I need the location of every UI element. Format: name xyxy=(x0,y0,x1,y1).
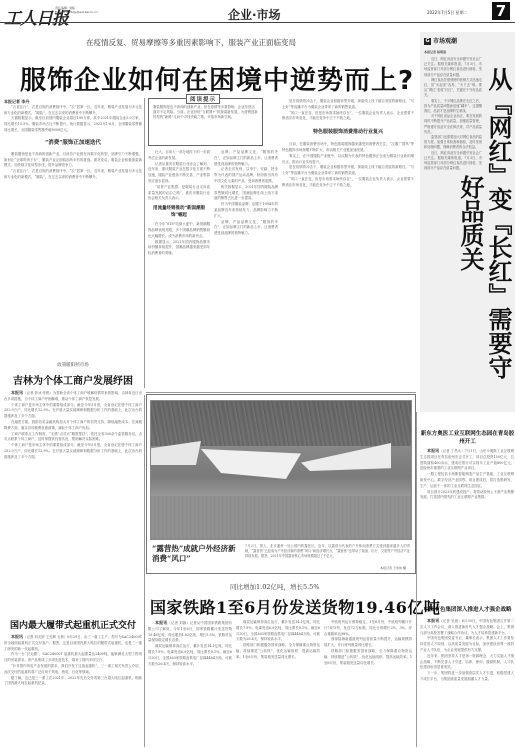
camping-photo[interactable] xyxy=(150,400,412,540)
reading-tips-text: 服装服饰是也不高尚的创新产业，但在疫情等多重影响，企业经营活面对不定风险。当前，… xyxy=(153,105,258,120)
paragraph: 铁路部门积极服务国家战略，全力保障重点物资运输，持续推进“公转铁”，优化运输组织… xyxy=(236,643,320,660)
paragraph: 数据显示，2021年国内服饰品牌市场份额持续提升，国潮品牌越来越受到年轻消费者的… xyxy=(148,240,210,257)
jilin-story-kicker: 政策暖阳照市场 xyxy=(4,362,142,368)
jilin-byline: 本报讯 xyxy=(11,390,23,395)
photo-caption-text: 7月2日，国人，北京通州一处公园内的露营区。近年，以露营为代表的户外休闲消费方式… xyxy=(245,544,410,559)
paragraph: “衣食住行”，衣是百姓的消费排序中，“衣”居第一位。近年来，服装产业发展为多元化… xyxy=(4,169,142,181)
crane-byline: 本报讯 xyxy=(11,634,23,639)
paragraph: 近年来，集团坚持人才是第一资源理念，大力实施人才强企战略，不断完善人才引进、培养… xyxy=(420,654,514,671)
column-divider xyxy=(144,395,145,747)
paragraph: 品牌，产品品牌文化，“服饰的外在”，正如品牌主打的新品上市，让消费者感受到品牌的… xyxy=(214,220,278,237)
railway-story-column-2: 煤炭运输保持高位运行，累计发送14.1亿吨，同比增长7.9%；电煤发送6.9亿吨… xyxy=(236,620,320,746)
main-story-subhead-3: 特色服装服饰消费推动行业复兴 xyxy=(282,128,414,136)
railway-story-headline[interactable]: 国家铁路1至6月份发送货物19.46亿吨 xyxy=(150,595,440,618)
market-watch-label-text: 市场观潮 xyxy=(433,38,457,45)
paragraph-text: （记者 彭冰 张锐）为帮助全省个体工商户缓解疫情带来的影响，吉林省近日出台多项措… xyxy=(4,391,142,401)
paragraph: 监管部门也需要加大对网红食品的监管力度，加强日常检查和抽检，及时发现和处理问题，… xyxy=(424,135,482,151)
railway-byline: 本报讯 xyxy=(155,620,167,625)
paragraph: 本报讯（记者 刘友婷 王光辉 石桥）6月29日，由三一重工生产，型号为SAC24… xyxy=(4,634,142,652)
paragraph: 记者走访发现，以李宁、安踏、特步等为代表的国产运动品牌，纷纷推出具有中国文化元素… xyxy=(214,167,278,184)
paragraph: 个体工商户是市场主体中的重要组成部分。截至今年5月底，全省登记在册个体工商户25… xyxy=(4,443,142,460)
main-story-subhead-1: “消费”服饰正加速迭代 xyxy=(4,138,142,148)
paragraph: 本报讯（记者 丁昌永）7月1日，山东卡奥斯工业互联网生态园项目在青岛胶州市正式开… xyxy=(420,448,514,472)
paragraph: 中欧班列运行保持稳定，1至6月份，中欧班列累计开行7473列，发送72万标箱，同… xyxy=(324,620,412,637)
paragraph: 在融资方面，鼓励各类金融机构加大对个体工商户的信贷支持，降低融资成本；在减税降费… xyxy=(4,420,142,432)
reading-tips-box: 服装服饰是也不高尚的创新产业，但在疫情等多重影响，企业经营活面对不定风险。当前，… xyxy=(148,98,263,146)
page-number: 7 xyxy=(492,2,510,20)
paragraph: 近日，网红食品安全问题引发社会广泛关注。据相关媒体报道，7月3日，市场监管部门对… xyxy=(424,151,482,172)
paragraph: 西部陆海新通道班列运营质量不断提升，运输规模持续扩大，开行班列数量同比增长。 xyxy=(324,637,412,649)
paragraph: 项目预计2023年底建成投产，将带动胶州上下游产业集聚发展，打造国内领先的工业互… xyxy=(420,490,514,502)
paragraph: 是在疫情的冲击下，服装企业积极转型升级，探索线上线下融合发展的新路径。“马上好”… xyxy=(282,99,414,111)
email-line: E-mail: grrbqy@workercn.cn xyxy=(55,10,115,14)
paragraph: 煤炭运输保持高位运行，累计发送14.1亿吨，同比增长7.9%；电煤发送6.9亿吨… xyxy=(148,644,232,667)
paragraph: 记者从重庆市服装行业协会了解到，近年来，重庆服装产业在数字化方面不断加速，服装产… xyxy=(148,162,210,185)
paragraph: 目前，在服装消费市场中，特色服装服饰越来越受到消费者关注，“汉服”“国风”等特色… xyxy=(282,142,414,154)
photo-credit: 本报记者 王伟伟 摄 xyxy=(380,566,406,570)
paragraph: 中国有色集团党委书记、董事长表示，集团人才工作要坚持党管人才原则，以高质量发展为… xyxy=(420,636,514,653)
tent xyxy=(201,449,301,479)
sidebar-byline: 本报记者 杨明清 xyxy=(424,50,446,54)
paragraph: 天猫数据显示，截至目前国内服装企业超过190万家，其中2021年服装企业5.0万… xyxy=(4,116,142,133)
paragraph: “风口一直在变，但是市场需求始终存在”，一位服装企业负责人表示，企业需要不断适应… xyxy=(282,177,414,189)
paragraph: 服装服饰是也不高尚的创新产业，目前各产业都在向数字化转型，品牌引力不断增强。如何… xyxy=(4,152,142,169)
crane-story-headline[interactable]: 国内最大履带式起重机正式交付 xyxy=(4,618,142,631)
paragraph: 本报讯（记者 刘静）记者从中国国家铁路集团有限公司了解到，今年1至6月，国家铁路… xyxy=(148,620,232,644)
masthead-rule xyxy=(0,22,515,23)
trees-background xyxy=(151,401,411,446)
paragraph: 网红食品凭借独特的营销方式迅速走红，但“火起来”容易，“火下去”难。要从“网红”… xyxy=(424,78,482,99)
paragraph: 是在疫情的冲击下，服装企业积极转型升级，探索线上线下融合发展的新路径。“马上好”… xyxy=(282,165,414,177)
column-divider xyxy=(144,98,145,388)
paragraph: 煤炭运输保持高位运行，累计发送14.1亿吨，同比增长7.9%；电煤发送6.9亿吨… xyxy=(236,620,320,643)
section-title: 企业·市场 xyxy=(228,6,281,23)
paragraph: 个体工商户是市场主体中的重要组成部分。截至今年5月底，全省登记在册个体工商户25… xyxy=(4,403,142,420)
paragraph: 相关数据显示，2021年国内服装品牌零售额同比增长，国潮品牌在线上线下渠道的销售… xyxy=(214,185,278,202)
jilin-story-headline[interactable]: 吉林为个体工商户发展纾困 xyxy=(4,372,142,387)
shandong-story-headline[interactable]: 新东方奥医工业互联网生态园在青岛胶州开工 xyxy=(420,430,515,446)
railway-story-column-1: 本报讯（记者 刘静）记者从中国国家铁路集团有限公司了解到，今年1至6月，国家铁路… xyxy=(148,620,232,746)
paragraph: 作为中国服装品牌，创建于1994年的某品牌近年来持续发力，品牌影响力不断扩大。 xyxy=(214,202,278,219)
chalco-story-body: 本报讯（记者 吴迪）6月30日，中国有色集团召开第二次人才工作会议，深入推进新时… xyxy=(420,618,514,746)
paragraph: 事实上，在中国服装产业链中，以汉服为代表的特色服饰正在成为服装行业新的增长点，推… xyxy=(282,154,414,166)
paragraph: 作为一台“巨无霸”，SAC24000T 起重机最大起重量达2400吨，能够满足大… xyxy=(4,652,142,664)
photo-caption-title: “露营热”成就户外经济新消费“风口” xyxy=(152,544,242,564)
main-story-column-2: 壮大，目前大一部分地时下的一步面考虑企业的新发展。 记者从重庆市服装行业协会了解… xyxy=(148,150,210,390)
paragraph-text: （记者 刘友婷 王光辉 石桥）6月29日，由三一重工生产，型号为SAC24000… xyxy=(4,635,142,651)
paragraph: 品牌，产品品牌文化，“服饰的外在”，正如品牌主打的新品上市，让消费者感受到品牌的… xyxy=(214,150,278,167)
paragraph: 一期工程包括卡奥斯智能制造产品生产基地、工业互联网研发中心、数字经济产业园等。项… xyxy=(420,472,514,489)
market-watch-label: G市场观潮 xyxy=(424,36,457,45)
paragraph: 事实上，不少网红品牌在走红之后，因为产品质量问题而迅速“翻车”。这提醒我们，品质… xyxy=(424,99,482,115)
main-story-headline[interactable]: 服饰企业如何在困境中逆势而上? xyxy=(20,60,414,97)
main-story-column-4: 是在疫情的冲击下，服装企业积极转型升级，探索线上线下融合发展的新路径。“马上好”… xyxy=(282,99,414,389)
paragraph: 本报讯（记者 吴迪）6月30日，中国有色集团召开第二次人才工作会议，深入推进新时… xyxy=(420,618,514,636)
paragraph: 据了解，这已是三一重工在2021年、2022年先后交付的第三台超大吨位起重机，刷… xyxy=(4,676,142,688)
jilin-story-body: 本报讯（记者 彭冰 张锐）为帮助全省个体工商户缓解疫情带来的影响，吉林省近日出台… xyxy=(4,390,142,580)
main-story-kicker: 在疫情反复、贸易摩擦等多重因素影响下，服装产业正面临变局 xyxy=(86,37,296,48)
paragraph: 本报讯（记者 彭冰 张锐）为帮助全省个体工商户缓解疫情带来的影响，吉林省近日出台… xyxy=(4,390,142,403)
paragraph: 在今年“618”电商大促中，新国潮服饰品牌表现亮眼，多个国潮品牌销售额同比大幅增… xyxy=(148,222,210,239)
grass-foreground xyxy=(151,496,411,540)
paragraph: “针对国内风电产业发展的需求，我们开发了这款起重机”，三一重工相关负责人介绍，此… xyxy=(4,664,142,676)
paragraph: “风口一直在变，但是市场需求始终存在”，一位服装企业负责人表示，企业需要不断适应… xyxy=(282,111,414,123)
paragraph: 工商户联系点工作制度，“无感”点对点“精准帮扶”，依托全省300余个监管服务站，… xyxy=(4,432,142,444)
paragraph: 壮大，目前大一部分地时下的一步面考虑企业的新发展。 xyxy=(148,150,210,162)
railway-story-column-3: 中欧班列运行保持稳定，1至6月份，中欧班列累计开行7473列，发送72万标箱，同… xyxy=(324,620,412,746)
paragraph: “衣食住行”，衣是百姓的消费排序中，“衣”居第一位。近年来，服装产业发展为多元化… xyxy=(4,105,142,117)
chalco-story-headline[interactable]: 中国有色集团深入推进人才强企战略 xyxy=(420,605,515,613)
masthead-editor-info: 责任编辑: 刘栋 E-mail: grrbqy@workercn.cn xyxy=(55,6,115,14)
chalco-byline: 本报讯 xyxy=(427,618,439,623)
column-divider xyxy=(416,412,417,747)
page-date: 2022年7月5日 星期二 xyxy=(427,10,468,16)
sidebar-vertical-headline[interactable]: 从『网红』变『长红』需要守好品质关 xyxy=(484,58,512,388)
shandong-story-body: 本报讯（记者 丁昌永）7月1日，山东卡奥斯工业互联网生态园项目在青岛胶州市正式开… xyxy=(420,448,514,568)
main-story-column-1: 本报记者 李丹 “衣食住行”，衣是百姓的消费排序中，“衣”居第一位。近年来，服装… xyxy=(4,99,142,357)
reading-tips-label: 阅读提示 xyxy=(186,94,220,104)
newspaper-icon: G xyxy=(424,38,431,45)
section-divider xyxy=(146,392,416,393)
tent xyxy=(301,443,391,471)
crane-story-body: 本报讯（记者 刘友婷 王光辉 石桥）6月29日，由三一重工生产，型号为SAC24… xyxy=(4,634,142,746)
paragraph: 下一步，集团将进一步加强高层次人才引进，积极搭建人才成长平台，为集团高质量发展积… xyxy=(420,671,514,683)
main-story-column-3: 品牌，产品品牌文化，“服饰的外在”，正如品牌主打的新品上市，让消费者感受到品牌的… xyxy=(214,150,278,390)
paragraph: 对于网红食品企业而言，要在发展的同时不断提升产品质量，加强质量管理，严格遵守食品… xyxy=(424,114,482,135)
shandong-byline: 本报讯 xyxy=(427,448,439,453)
paragraph: 铁路部门积极服务国家战略，全力保障重点物资运输，持续推进“公转铁”，优化运输组织… xyxy=(324,649,412,666)
railway-story-kicker: 同比增加1.02亿吨，增长5.5% xyxy=(230,582,320,591)
paragraph: 近日，网红食品安全问题引发社会广泛关注。据相关媒体报道，7月3日，市场监管部门对… xyxy=(424,57,482,78)
main-story-subhead-2: 用流量经销推动“新国潮服饰”崛起 xyxy=(148,205,210,219)
paragraph: “培育产业集群，是服装行业走向高质量发展的必由之路”，重庆市服装行业协会相关负责… xyxy=(148,185,210,202)
